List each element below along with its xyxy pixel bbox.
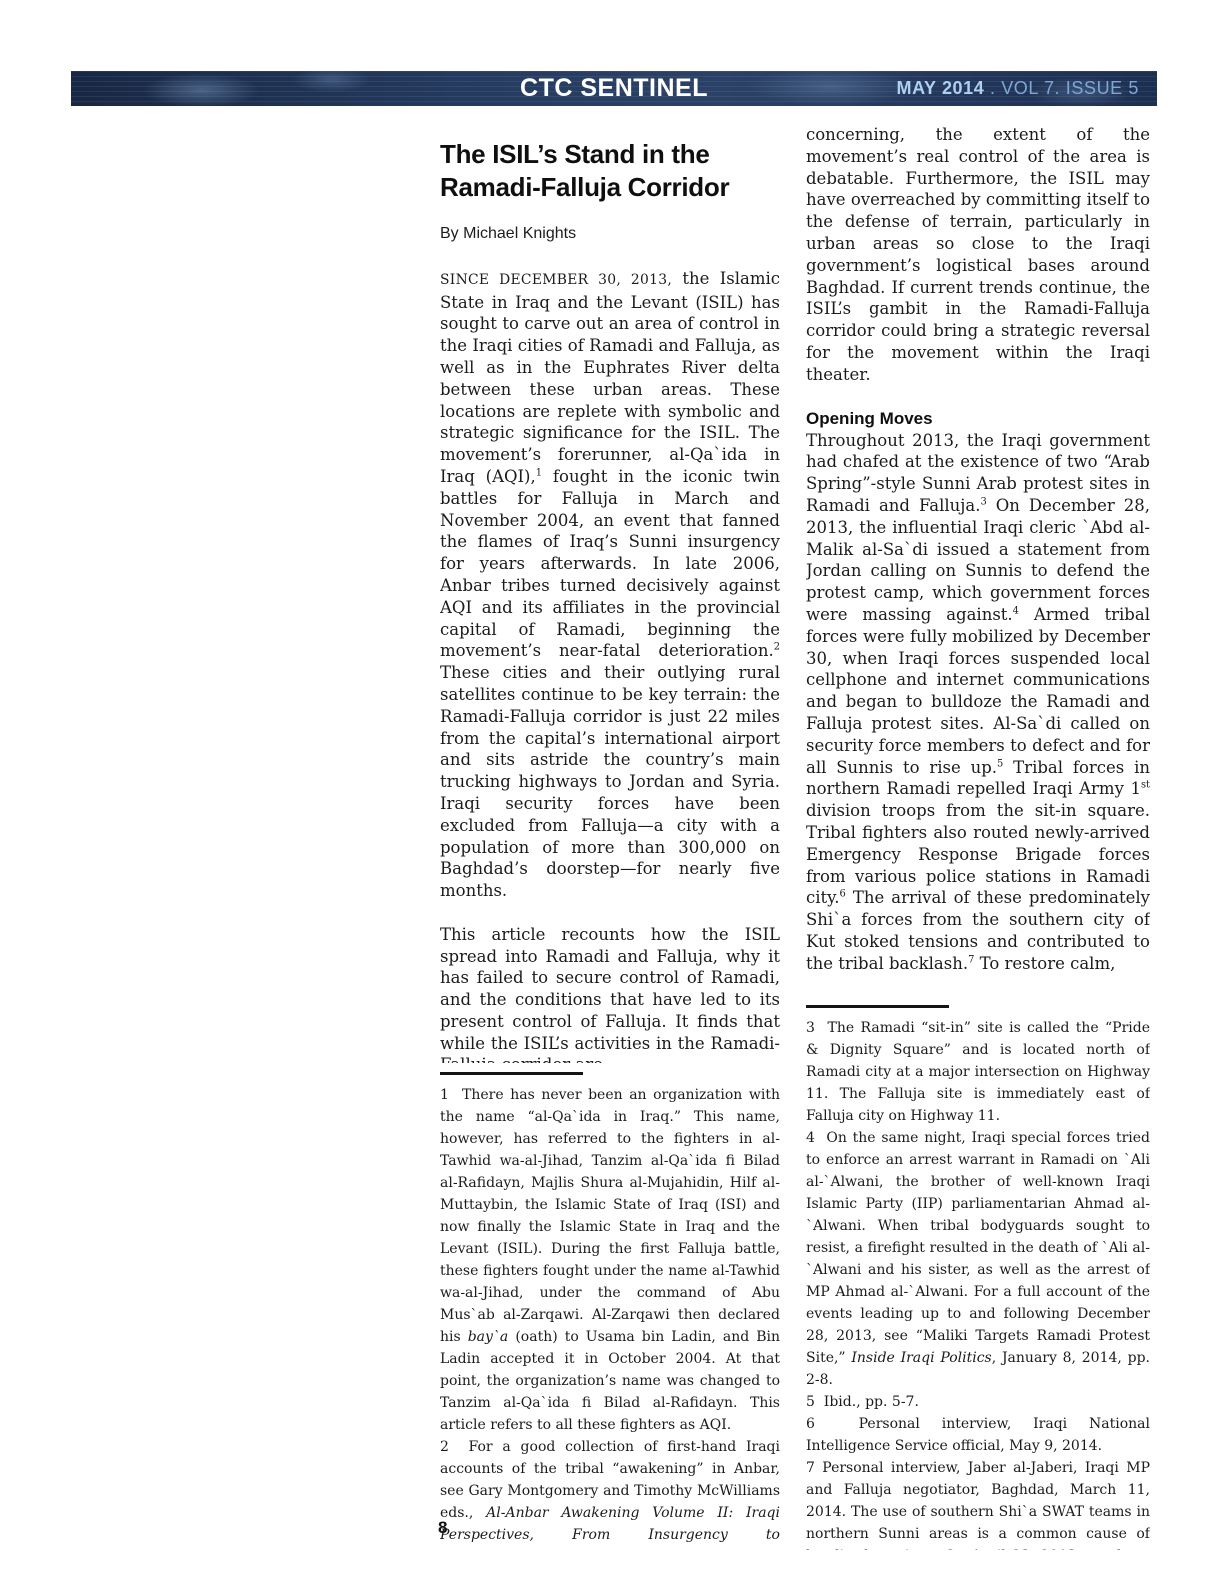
footnote-4: 4 On the same night, Iraqi special force… xyxy=(806,1127,1150,1391)
issue-month: MAY 2014 xyxy=(897,78,985,99)
issue-volume: . VOL 7. ISSUE 5 xyxy=(984,78,1139,99)
issue-info: MAY 2014 . VOL 7. ISSUE 5 xyxy=(897,71,1139,106)
opening-moves-paragraph: Throughout 2013, the Iraqi government ha… xyxy=(806,430,1150,975)
left-footnotes: 1 There has never been an organization w… xyxy=(440,1072,780,1547)
footnote-3: 3 The Ramadi “sit-in” site is called the… xyxy=(806,1017,1150,1127)
continuation-paragraph: concerning, the extent of the movement’s… xyxy=(806,124,1150,386)
journal-page: CTC SENTINEL MAY 2014 . VOL 7. ISSUE 5 T… xyxy=(0,0,1224,1584)
footnote-divider xyxy=(806,1005,949,1008)
article-title-line-1: The ISIL’s Stand in the xyxy=(440,138,780,171)
masthead-banner: CTC SENTINEL MAY 2014 . VOL 7. ISSUE 5 xyxy=(71,71,1157,106)
right-footnotes: 3 The Ramadi “sit-in” site is called the… xyxy=(806,1005,1150,1550)
section-heading-opening-moves: Opening Moves xyxy=(806,408,1150,430)
right-column: concerning, the extent of the movement’s… xyxy=(806,124,1150,1019)
footnote-7: 7 Personal interview, Jaber al-Jaberi, I… xyxy=(806,1457,1150,1550)
overview-paragraph: This article recounts how the ISIL sprea… xyxy=(440,924,780,1063)
left-column: The ISIL’s Stand in the Ramadi-Falluja C… xyxy=(440,138,780,1063)
footnote-5: 5 Ibid., pp. 5-7. xyxy=(806,1391,1150,1413)
footnote-1: 1 There has never been an organization w… xyxy=(440,1084,780,1436)
page-number: 8 xyxy=(438,1518,447,1538)
intro-paragraph: SINCE DECEMBER 30, 2013, the Islamic Sta… xyxy=(440,268,780,902)
footnote-6: 6 Personal interview, Iraqi National Int… xyxy=(806,1413,1150,1457)
byline: By Michael Knights xyxy=(440,223,780,245)
footnote-divider xyxy=(440,1072,583,1075)
article-title-line-2: Ramadi-Falluja Corridor xyxy=(440,171,780,204)
footnote-2: 2 For a good collection of first-hand Ir… xyxy=(440,1436,780,1547)
article-title: The ISIL’s Stand in the Ramadi-Falluja C… xyxy=(440,138,780,204)
